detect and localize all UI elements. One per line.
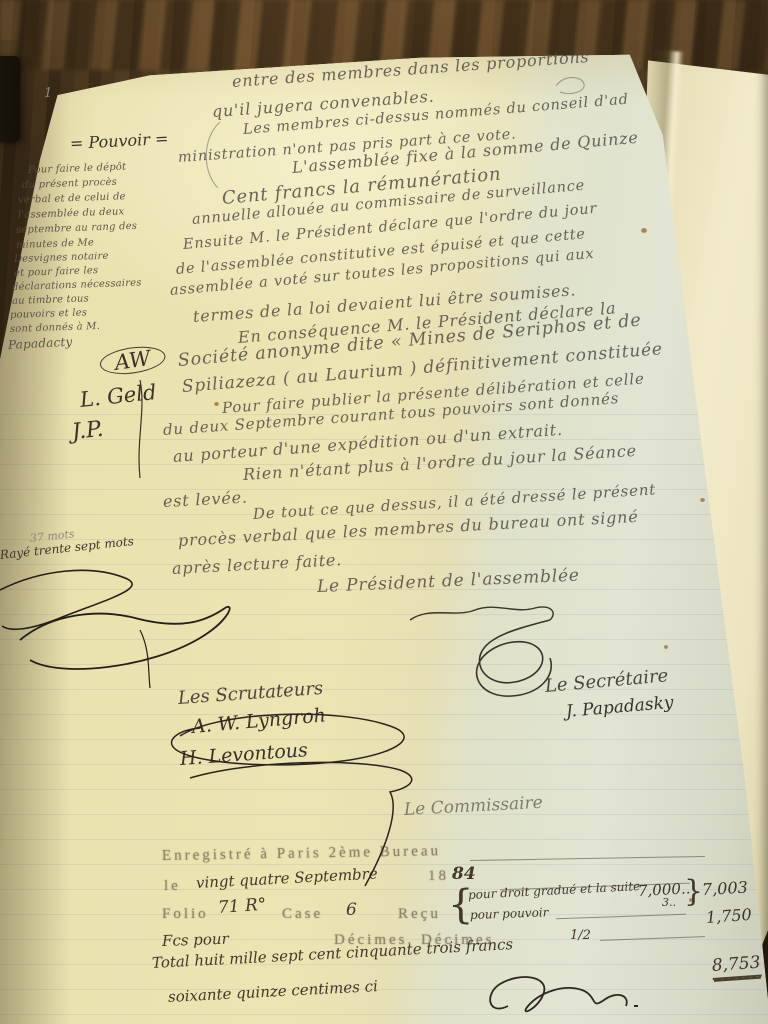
- registration-case-value: 6: [346, 900, 357, 920]
- foxing-spot: [664, 645, 668, 649]
- registration-sum1: 7,003: [702, 878, 749, 899]
- dark-object-left-edge: [0, 56, 20, 142]
- scrutineers-signature-flourish: [160, 700, 430, 890]
- president-signature-flourish: [400, 598, 600, 708]
- registration-total-amount: 8,753: [711, 953, 761, 980]
- curved-bracket-mark: [196, 120, 226, 190]
- curved-loop-mark: [552, 72, 588, 98]
- foxing-spot: [641, 228, 647, 233]
- registration-brace-item2: pour pouvoir: [470, 905, 549, 922]
- margin-pen-stroke: [130, 380, 150, 480]
- receiver-signature-flourish: [478, 966, 648, 1024]
- foxing-spot: [214, 402, 219, 406]
- registration-recu-label: Reçu: [398, 906, 441, 923]
- registration-folio-value: 71 R°: [217, 895, 267, 918]
- registration-amount1b: 3..: [662, 896, 676, 909]
- page-number: 1: [44, 86, 52, 101]
- registration-decimes-fraction: 1/2: [570, 928, 591, 943]
- foxing-spot: [700, 498, 705, 502]
- photo-scene: 1 = Pouvoir = Pour faire le dépôt du pré…: [0, 0, 768, 1024]
- registration-year-hand: 84: [452, 864, 476, 884]
- registration-amount2: 1,750: [705, 905, 752, 927]
- registration-folio-label: Folio: [162, 906, 209, 923]
- margin-signatures-flourish: [0, 560, 240, 690]
- margin-initials-3: J.P.: [71, 417, 105, 445]
- registration-year-stamp: 18: [428, 868, 449, 885]
- registration-decimes-hand: Fcs pour: [162, 930, 229, 950]
- registration-case-label: Case: [282, 906, 323, 923]
